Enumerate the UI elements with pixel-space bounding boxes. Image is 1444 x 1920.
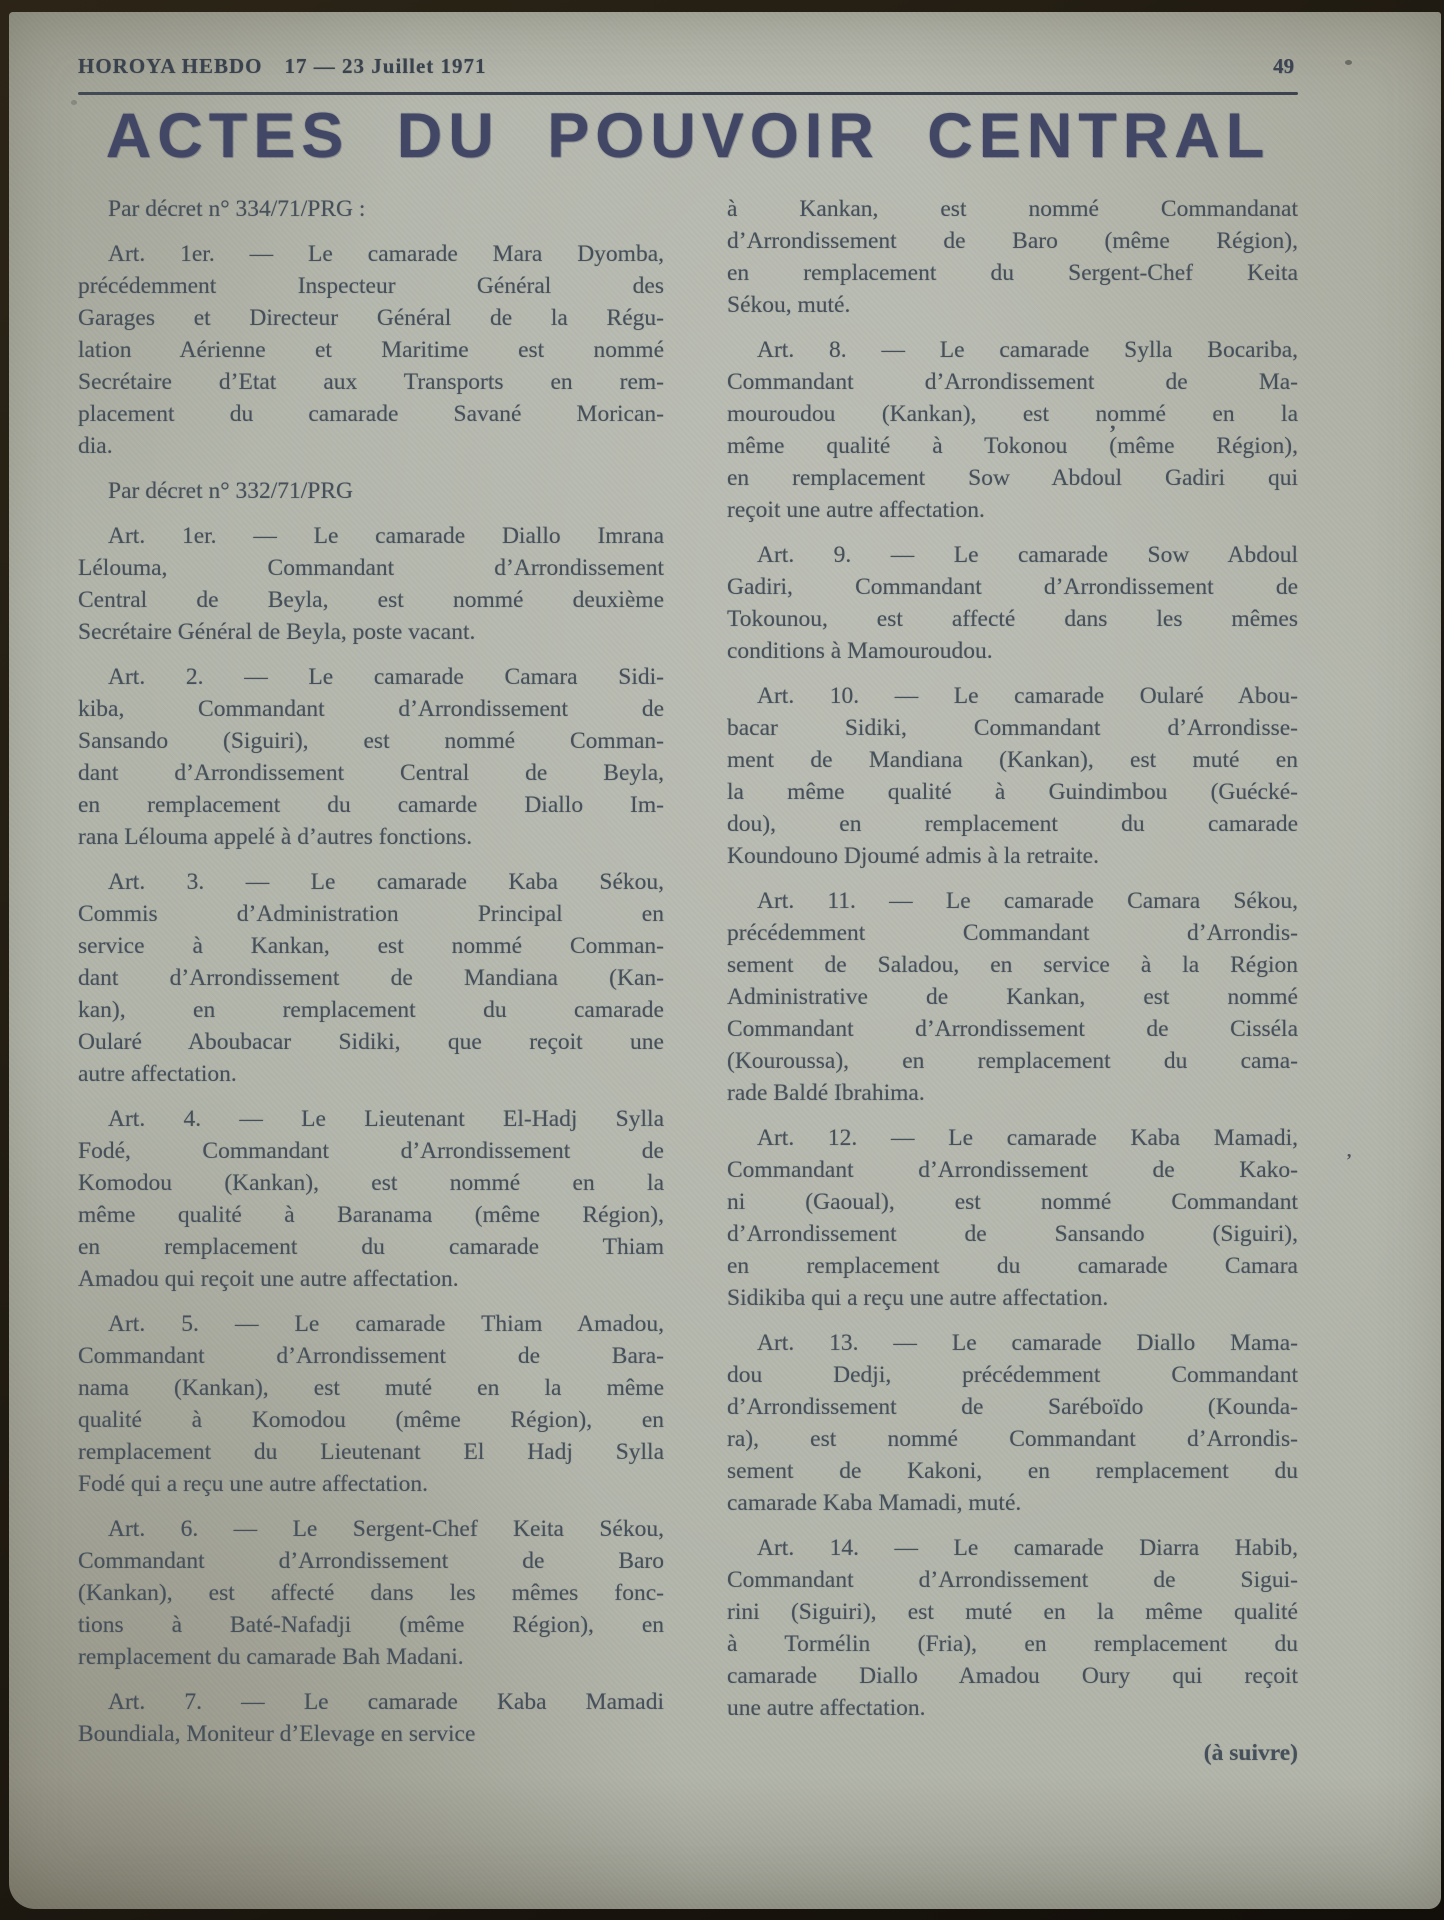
text-line: Amadou qui reçoit une autre affectation.: [78, 1263, 664, 1295]
text-line: Art. 6. — Le Sergent-Chef Keita Sékou,: [78, 1513, 664, 1545]
text-line: même qualité à Tokonou (même Région),: [727, 430, 1298, 462]
article-7-continuation: à Kankan, est nommé Commandanatd’Arrondi…: [727, 193, 1298, 321]
text-line: dou), en remplacement du camarade: [727, 808, 1298, 840]
decree-intro-334: Par décret n° 334/71/PRG :: [78, 193, 664, 225]
article-11: Art. 11. — Le camarade Camara Sékou,préc…: [727, 885, 1298, 1109]
text-line: Sidikiba qui a reçu une autre affectatio…: [727, 1282, 1298, 1314]
article-13: Art. 13. — Le camarade Diallo Mama-dou D…: [727, 1327, 1298, 1519]
scan-artifact-mark: ’: [1109, 420, 1116, 446]
article-10: Art. 10. — Le camarade Oularé Abou-bacar…: [727, 680, 1298, 872]
text-line: Art. 4. — Le Lieutenant El-Hadj Sylla: [78, 1103, 664, 1135]
text-line: ni (Gaoual), est nommé Commandant: [727, 1186, 1298, 1218]
text-line: même qualité à Baranama (même Région),: [78, 1199, 664, 1231]
text-line: conditions à Mamouroudou.: [727, 635, 1298, 667]
text-line: Art. 14. — Le camarade Diarra Habib,: [727, 1532, 1298, 1564]
article-14: Art. 14. — Le camarade Diarra Habib,Comm…: [727, 1532, 1298, 1724]
continuation-note: (à suivre): [727, 1737, 1298, 1769]
text-line: Komodou (Kankan), est nommé en la: [78, 1167, 664, 1199]
article-4: Art. 4. — Le Lieutenant El-Hadj SyllaFod…: [78, 1103, 664, 1295]
text-line: Sansando (Siguiri), est nommé Comman-: [78, 725, 664, 757]
scan-background: HOROYA HEBDO17 — 23 Juillet 1971 49 ACTE…: [0, 0, 1444, 1920]
right-column: à Kankan, est nommé Commandanatd’Arrondi…: [727, 193, 1298, 1782]
text-line: rade Baldé Ibrahima.: [727, 1077, 1298, 1109]
text-line: Art. 1er. — Le camarade Mara Dyomba,: [78, 238, 664, 270]
text-line: à Kankan, est nommé Commandanat: [727, 193, 1298, 225]
text-line: Art. 8. — Le camarade Sylla Bocariba,: [727, 334, 1298, 366]
text-line: Commandant d’Arrondissement de Bara-: [78, 1340, 664, 1372]
text-line: Lélouma, Commandant d’Arrondissement: [78, 552, 664, 584]
text-line: ment de Mandiana (Kankan), est muté en: [727, 744, 1298, 776]
scan-artifact-mark: ’: [1346, 1150, 1352, 1171]
text-line: (Kankan), est affecté dans les mêmes fon…: [78, 1577, 664, 1609]
text-line: sement de Kakoni, en remplacement du: [727, 1455, 1298, 1487]
issue-dates: 17 — 23 Juillet 1971: [285, 54, 487, 78]
text-line: Commis d’Administration Principal en: [78, 898, 664, 930]
text-line: Commandant d’Arrondissement de Baro: [78, 1545, 664, 1577]
text-line: à Tormélin (Fria), en remplacement du: [727, 1628, 1298, 1660]
text-line: remplacement du camarade Bah Madani.: [78, 1641, 664, 1673]
text-line: Secrétaire d’Etat aux Transports en rem-: [78, 366, 664, 398]
article-7: Art. 7. — Le camarade Kaba MamadiBoundia…: [78, 1686, 664, 1750]
text-line: kiba, Commandant d’Arrondissement de: [78, 693, 664, 725]
text-line: Boundiala, Moniteur d’Elevage en service: [78, 1718, 664, 1750]
text-line: Art. 9. — Le camarade Sow Abdoul: [727, 539, 1298, 571]
text-line: tions à Baté-Nafadji (même Région), en: [78, 1609, 664, 1641]
text-line: d’Arrondissement de Saréboïdo (Kounda-: [727, 1391, 1298, 1423]
article-9: Art. 9. — Le camarade Sow AbdoulGadiri, …: [727, 539, 1298, 667]
text-line: Art. 12. — Le camarade Kaba Mamadi,: [727, 1122, 1298, 1154]
header-rule: [78, 92, 1298, 95]
article-8: Art. 8. — Le camarade Sylla Bocariba,Com…: [727, 334, 1298, 526]
text-line: service à Kankan, est nommé Comman-: [78, 930, 664, 962]
text-line: Art. 11. — Le camarade Camara Sékou,: [727, 885, 1298, 917]
article-3: Art. 3. — Le camarade Kaba Sékou,Commis …: [78, 866, 664, 1090]
text-line: mouroudou (Kankan), est nommé en la: [727, 398, 1298, 430]
text-line: kan), en remplacement du camarade: [78, 994, 664, 1026]
text-line: sement de Saladou, en service à la Régio…: [727, 949, 1298, 981]
text-line: remplacement du Lieutenant El Hadj Sylla: [78, 1436, 664, 1468]
left-column: Par décret n° 334/71/PRG :Art. 1er. — Le…: [78, 193, 664, 1782]
text-line: dant d’Arrondissement de Mandiana (Kan-: [78, 962, 664, 994]
page-content: HOROYA HEBDO17 — 23 Juillet 1971 49 ACTE…: [78, 12, 1298, 1909]
text-line: Commandant d’Arrondissement de Sigui-: [727, 1564, 1298, 1596]
article-1-decree-334: Art. 1er. — Le camarade Mara Dyomba,préc…: [78, 238, 664, 462]
text-line: Art. 10. — Le camarade Oularé Abou-: [727, 680, 1298, 712]
text-line: dou Dedji, précédemment Commandant: [727, 1359, 1298, 1391]
text-line: en remplacement du camarade Thiam: [78, 1231, 664, 1263]
text-line: Koundouno Djoumé admis à la retraite.: [727, 840, 1298, 872]
text-line: Gadiri, Commandant d’Arrondissement de: [727, 571, 1298, 603]
text-line: Central de Beyla, est nommé deuxième: [78, 584, 664, 616]
text-line: Art. 7. — Le camarade Kaba Mamadi: [78, 1686, 664, 1718]
text-line: qualité à Komodou (même Région), en: [78, 1404, 664, 1436]
article-2: Art. 2. — Le camarade Camara Sidi-kiba, …: [78, 661, 664, 853]
text-line: ra), est nommé Commandant d’Arrondis-: [727, 1423, 1298, 1455]
newspaper-page: HOROYA HEBDO17 — 23 Juillet 1971 49 ACTE…: [9, 12, 1441, 1909]
publication-name: HOROYA HEBDO: [78, 54, 263, 78]
text-line: camarade Kaba Mamadi, muté.: [727, 1487, 1298, 1519]
text-line: Fodé qui a reçu une autre affectation.: [78, 1468, 664, 1500]
page-header: HOROYA HEBDO17 — 23 Juillet 1971 49: [78, 54, 1298, 79]
text-line: en remplacement Sow Abdoul Gadiri qui: [727, 462, 1298, 494]
text-line: Commandant d’Arrondissement de Kako-: [727, 1154, 1298, 1186]
scan-artifact-speck: [71, 100, 77, 105]
text-line: Par décret n° 334/71/PRG :: [78, 193, 664, 225]
text-line: rini (Siguiri), est muté en la même qual…: [727, 1596, 1298, 1628]
text-line: la même qualité à Guindimbou (Guécké-: [727, 776, 1298, 808]
page-title: ACTES DU POUVOIR CENTRAL: [78, 103, 1298, 169]
text-line: (à suivre): [727, 1737, 1298, 1769]
text-line: d’Arrondissement de Sansando (Siguiri),: [727, 1218, 1298, 1250]
text-line: Commandant d’Arrondissement de Cisséla: [727, 1013, 1298, 1045]
text-line: reçoit une autre affectation.: [727, 494, 1298, 526]
text-line: lation Aérienne et Maritime est nommé: [78, 334, 664, 366]
masthead: HOROYA HEBDO17 — 23 Juillet 1971: [78, 54, 487, 79]
text-line: Art. 3. — Le camarade Kaba Sékou,: [78, 866, 664, 898]
text-line: dant d’Arrondissement Central de Beyla,: [78, 757, 664, 789]
text-line: rana Lélouma appelé à d’autres fonctions…: [78, 821, 664, 853]
text-line: précédemment Commandant d’Arrondis-: [727, 917, 1298, 949]
text-line: Par décret n° 332/71/PRG: [78, 475, 664, 507]
text-line: Garages et Directeur Général de la Régu-: [78, 302, 664, 334]
article-1-decree-332: Art. 1er. — Le camarade Diallo ImranaLél…: [78, 520, 664, 648]
text-line: autre affectation.: [78, 1058, 664, 1090]
text-line: bacar Sidiki, Commandant d’Arrondisse-: [727, 712, 1298, 744]
text-line: Commandant d’Arrondissement de Ma-: [727, 366, 1298, 398]
text-line: camarade Diallo Amadou Oury qui reçoit: [727, 1660, 1298, 1692]
text-line: (Kouroussa), en remplacement du cama-: [727, 1045, 1298, 1077]
article-12: Art. 12. — Le camarade Kaba Mamadi,Comma…: [727, 1122, 1298, 1314]
text-line: Art. 13. — Le camarade Diallo Mama-: [727, 1327, 1298, 1359]
article-5: Art. 5. — Le camarade Thiam Amadou,Comma…: [78, 1308, 664, 1500]
text-line: Sékou, muté.: [727, 289, 1298, 321]
scan-artifact-speck: [1345, 60, 1352, 65]
article-6: Art. 6. — Le Sergent-Chef Keita Sékou,Co…: [78, 1513, 664, 1673]
text-line: une autre affectation.: [727, 1692, 1298, 1724]
text-line: Art. 2. — Le camarade Camara Sidi-: [78, 661, 664, 693]
text-line: d’Arrondissement de Baro (même Région),: [727, 225, 1298, 257]
page-number: 49: [1273, 54, 1294, 79]
text-line: en remplacement du camarde Diallo Im-: [78, 789, 664, 821]
text-line: précédemment Inspecteur Général des: [78, 270, 664, 302]
text-line: en remplacement du camarade Camara: [727, 1250, 1298, 1282]
text-line: Secrétaire Général de Beyla, poste vacan…: [78, 616, 664, 648]
decree-intro-332: Par décret n° 332/71/PRG: [78, 475, 664, 507]
text-line: nama (Kankan), est muté en la même: [78, 1372, 664, 1404]
text-line: en remplacement du Sergent-Chef Keita: [727, 257, 1298, 289]
text-line: Art. 5. — Le camarade Thiam Amadou,: [78, 1308, 664, 1340]
text-line: Fodé, Commandant d’Arrondissement de: [78, 1135, 664, 1167]
text-line: dia.: [78, 430, 664, 462]
text-line: Oularé Aboubacar Sidiki, que reçoit une: [78, 1026, 664, 1058]
text-line: Tokounou, est affecté dans les mêmes: [727, 603, 1298, 635]
text-line: Administrative de Kankan, est nommé: [727, 981, 1298, 1013]
text-line: Art. 1er. — Le camarade Diallo Imrana: [78, 520, 664, 552]
text-line: placement du camarade Savané Morican-: [78, 398, 664, 430]
